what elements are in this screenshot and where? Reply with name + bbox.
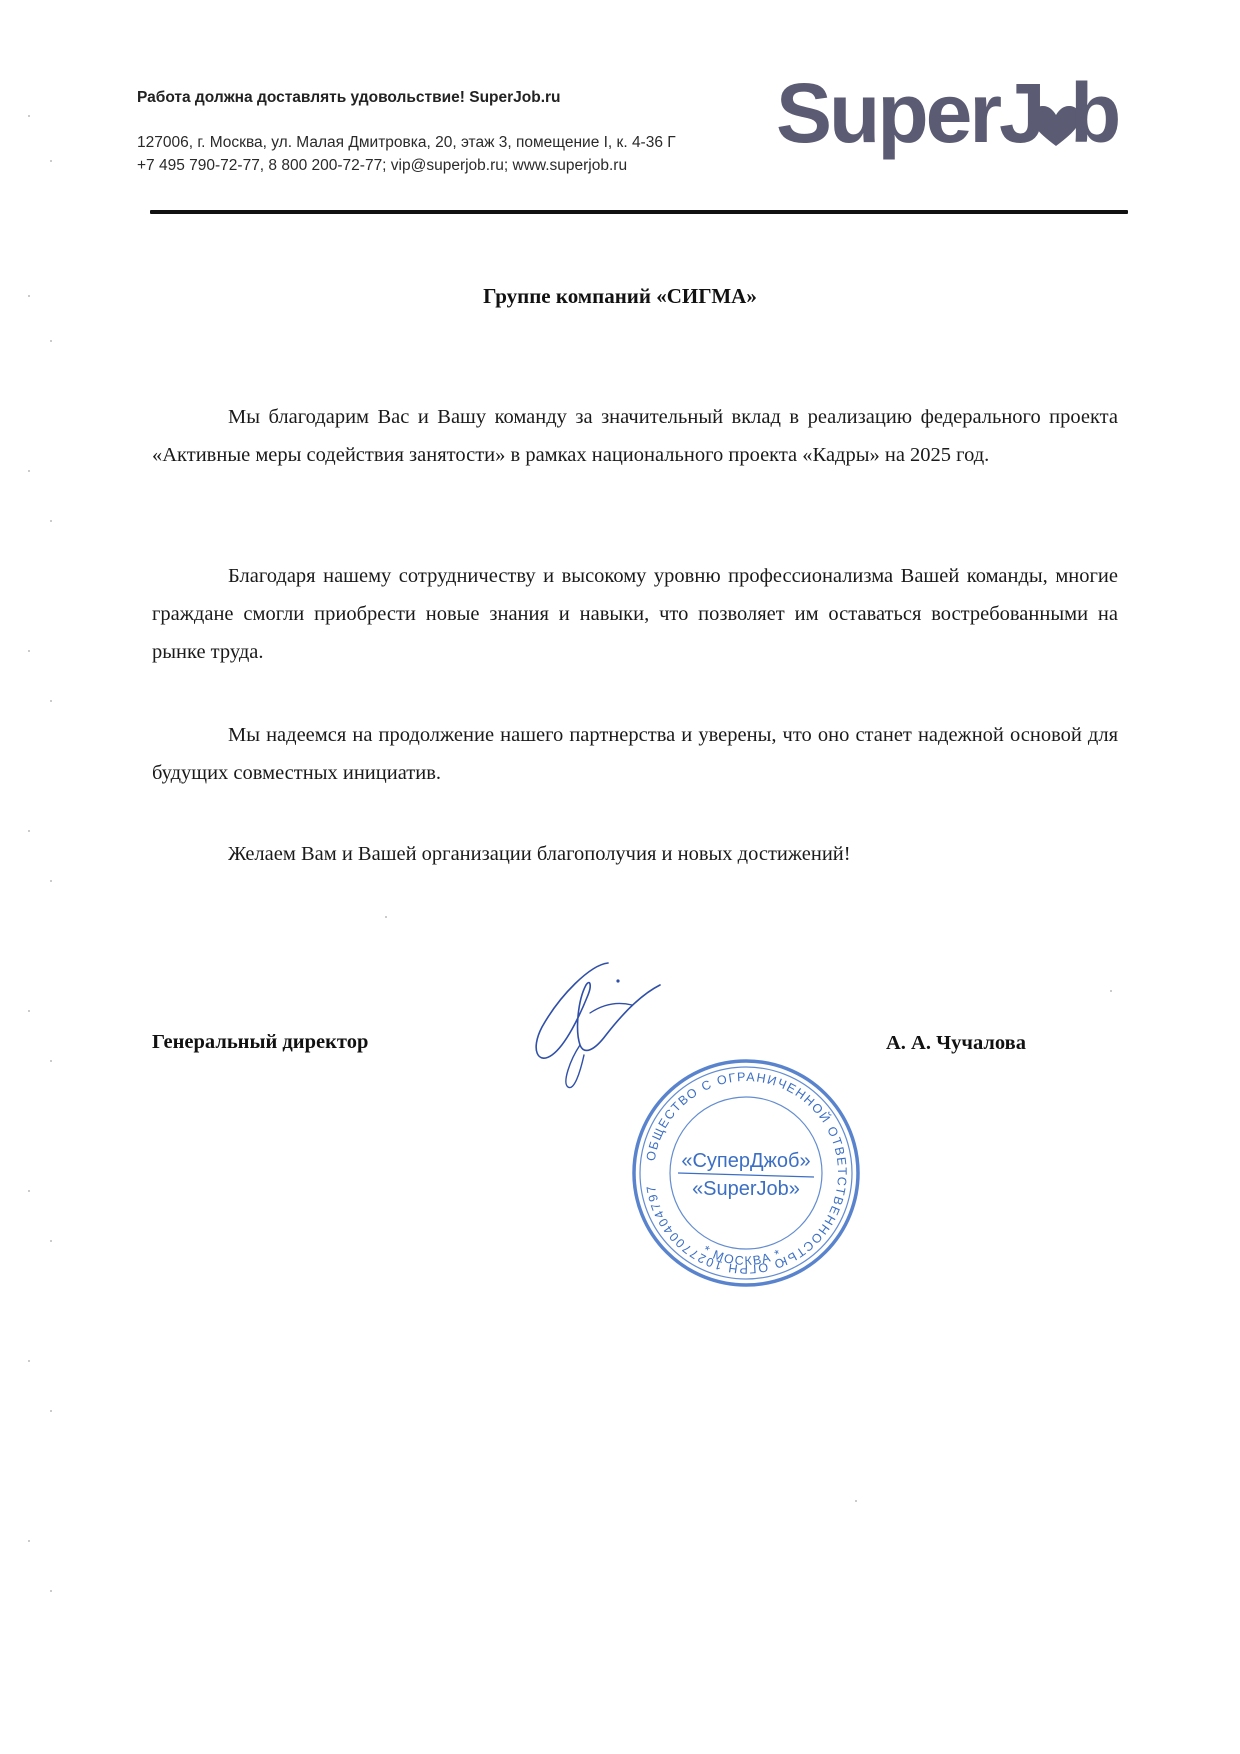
scan-speck: [50, 1060, 52, 1062]
stamp-name-ru: «СуперДжоб»: [681, 1150, 810, 1172]
paragraph-text: Мы благодарим Вас и Вашу команду за знач…: [152, 398, 1118, 474]
stamp-name-en: «SuperJob»: [692, 1178, 800, 1200]
paragraph-text: Благодаря нашему сотрудничеству и высоко…: [152, 557, 1118, 671]
scan-speck: [28, 115, 30, 117]
scan-speck: [385, 916, 387, 918]
company-contacts: +7 495 790-72-77, 8 800 200-72-77; vip@s…: [137, 157, 627, 175]
letter-paragraph-2: Благодаря нашему сотрудничеству и высоко…: [152, 557, 1118, 671]
scan-speck: [50, 520, 52, 522]
scan-speck: [50, 340, 52, 342]
company-tagline: Работа должна доставлять удовольствие! S…: [137, 89, 561, 107]
logo-text-superj: SuperJ: [776, 72, 1043, 160]
logo-text-b: b: [1070, 72, 1118, 160]
scan-speck: [28, 295, 30, 297]
scan-speck: [50, 700, 52, 702]
signatory-name: А. А. Чучалова: [886, 1032, 1026, 1055]
paragraph-text: Желаем Вам и Вашей организации благополу…: [152, 835, 1118, 873]
letter-paragraph-1: Мы благодарим Вас и Вашу команду за знач…: [152, 398, 1118, 474]
scan-speck: [28, 650, 30, 652]
letter-closing: Желаем Вам и Вашей организации благополу…: [152, 835, 1118, 873]
scan-speck: [28, 1010, 30, 1012]
scan-speck: [28, 1190, 30, 1192]
scan-speck: [50, 1240, 52, 1242]
scan-speck: [28, 1540, 30, 1542]
scan-speck: [28, 830, 30, 832]
letter-paragraph-3: Мы надеемся на продолжение нашего партне…: [152, 716, 1118, 792]
scan-speck: [50, 1410, 52, 1412]
scan-speck: [50, 1590, 52, 1592]
scan-speck: [28, 1360, 30, 1362]
scan-speck: [28, 470, 30, 472]
scan-speck: [50, 880, 52, 882]
stamp-outer-text: ОБЩЕСТВО С ОГРАНИЧЕННОЙ ОТВЕТСТВЕННОСТЬЮ…: [644, 1070, 849, 1276]
scan-speck: [855, 1500, 857, 1502]
company-stamp: ОБЩЕСТВО С ОГРАНИЧЕННОЙ ОТВЕТСТВЕННОСТЬЮ…: [628, 1055, 864, 1291]
superjob-logo: SuperJ b: [774, 72, 1122, 162]
company-address: 127006, г. Москва, ул. Малая Дмитровка, …: [137, 134, 676, 152]
header-divider: [150, 210, 1128, 214]
scan-speck: [50, 160, 52, 162]
signatory-position: Генеральный директор: [152, 1031, 368, 1054]
paragraph-text: Мы надеемся на продолжение нашего партне…: [152, 716, 1118, 792]
scan-speck: [1110, 990, 1112, 992]
letter-addressee: Группе компаний «СИГМА»: [0, 284, 1240, 309]
